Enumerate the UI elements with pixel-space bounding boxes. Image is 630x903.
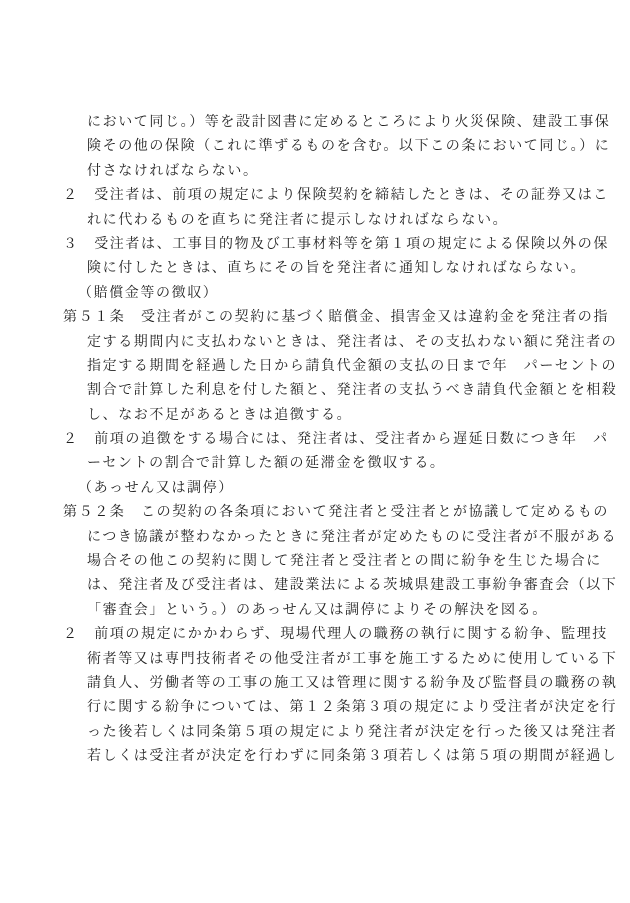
text-line: 行に関する紛争については、第１２条第３項の規定により受注者が決定を行 xyxy=(63,696,623,720)
contract-text-block: において同じ。）等を設計図書に定めるところにより火災保険、建設工事保険その他の保… xyxy=(63,111,623,770)
text-line: において同じ。）等を設計図書に定めるところにより火災保険、建設工事保 xyxy=(63,111,623,135)
text-line: ３ 受注者は、工事目的物及び工事材料等を第１項の規定による保険以外の保 xyxy=(63,233,623,257)
text-line: った後若しくは同条第５項の規定により発注者が決定を行った後又は発注者 xyxy=(63,721,623,745)
text-line: 「審査会」という。）のあっせん又は調停によりその解決を図る。 xyxy=(63,599,623,623)
text-line: 第５２条 この契約の各条項において発注者と受注者とが協議して定めるもの xyxy=(63,501,623,525)
text-line: 割合で計算した利息を付した額と、発注者の支払うべき請負代金額とを相殺 xyxy=(63,379,623,403)
text-line: ２ 受注者は、前項の規定により保険契約を締結したときは、その証券又はこ xyxy=(63,184,623,208)
text-line: 若しくは受注者が決定を行わずに同条第３項若しくは第５項の期間が経過し xyxy=(63,745,623,769)
text-line: し、なお不足があるときは追徴する。 xyxy=(63,404,623,428)
text-line: につき協議が整わなかったときに発注者が定めたものに受注者が不服がある xyxy=(63,526,623,550)
text-line: 険に付したときは、直ちにその旨を発注者に通知しなければならない。 xyxy=(63,257,623,281)
text-line: 場合その他この契約に関して発注者と受注者との間に紛争を生じた場合に xyxy=(63,550,623,574)
document-page: において同じ。）等を設計図書に定めるところにより火災保険、建設工事保険その他の保… xyxy=(0,0,630,903)
text-line: ーセントの割合で計算した額の延滞金を徴収する。 xyxy=(63,452,623,476)
text-line: 指定する期間を経過した日から請負代金額の支払の日まで年 パーセントの xyxy=(63,355,623,379)
text-line: 定する期間内に支払わないときは、発注者は、その支払わない額に発注者の xyxy=(63,331,623,355)
text-line: 付さなければならない。 xyxy=(63,160,623,184)
text-line: ２ 前項の追徴をする場合には、発注者は、受注者から遅延日数につき年 パ xyxy=(63,428,623,452)
text-line: 請負人、労働者等の工事の施工又は管理に関する紛争及び監督員の職務の執 xyxy=(63,672,623,696)
text-line: 第５１条 受注者がこの契約に基づく賠償金、損害金又は違約金を発注者の指 xyxy=(63,306,623,330)
text-line: （あっせん又は調停） xyxy=(63,477,623,501)
text-line: 険その他の保険（これに準ずるものを含む。以下この条において同じ。）に xyxy=(63,135,623,159)
text-line: れに代わるものを直ちに発注者に提示しなければならない。 xyxy=(63,209,623,233)
text-line: は、発注者及び受注者は、建設業法による茨城県建設工事紛争審査会（以下 xyxy=(63,574,623,598)
text-line: （賠償金等の徴収） xyxy=(63,282,623,306)
text-line: 術者等又は専門技術者その他受注者が工事を施工するために使用している下 xyxy=(63,648,623,672)
text-line: ２ 前項の規定にかかわらず、現場代理人の職務の執行に関する紛争、監理技 xyxy=(63,623,623,647)
